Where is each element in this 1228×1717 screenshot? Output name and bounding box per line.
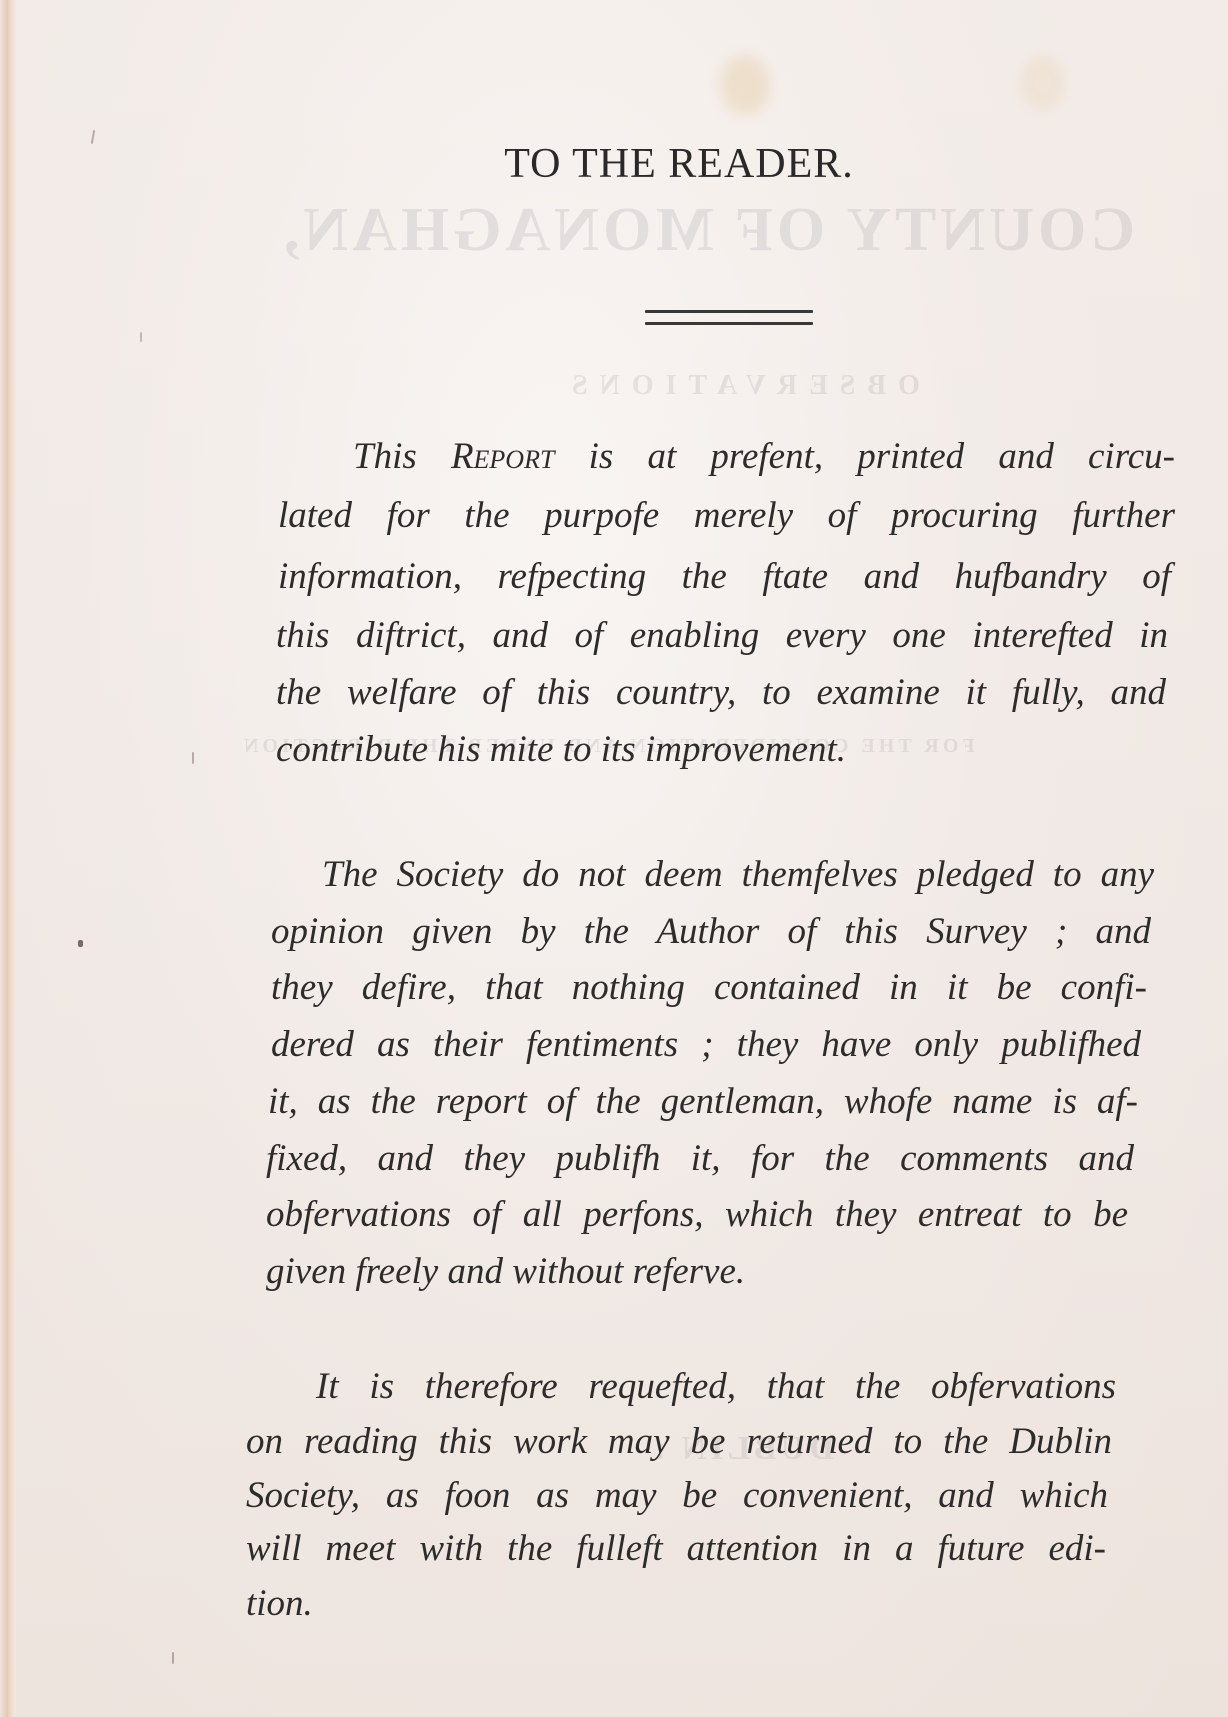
text-line: This Report is at prefent, printed and c… bbox=[353, 435, 1175, 479]
text-line: information, refpecting the ftate and hu… bbox=[278, 555, 1171, 599]
text-fragment: This bbox=[353, 436, 451, 477]
bleed-through-text: COUNTY OF MONAGHAN, bbox=[280, 195, 1135, 266]
text-line: will meet with the fulleft attention in … bbox=[246, 1527, 1106, 1571]
text-line: given freely and without referve. bbox=[266, 1250, 745, 1294]
text-line: contribute his mite to its improvement. bbox=[276, 728, 846, 772]
text-line: on reading this work may be returned to … bbox=[246, 1420, 1112, 1464]
page-edge bbox=[0, 0, 16, 1717]
text-fragment: is at prefent, printed and circu- bbox=[554, 436, 1175, 477]
title-rule-bottom bbox=[645, 322, 813, 325]
bleed-through-text: OBSERVATIONS bbox=[560, 370, 920, 402]
title-rule-top bbox=[645, 310, 813, 313]
text-line: it, as the report of the gentleman, whof… bbox=[268, 1080, 1138, 1124]
text-line: dered as their fentiments ; they have on… bbox=[271, 1023, 1141, 1067]
text-line: Society, as foon as may be convenient, a… bbox=[246, 1474, 1108, 1518]
page-title: TO THE READER. bbox=[0, 140, 1228, 188]
text-line: opinion given by the Author of this Surv… bbox=[271, 910, 1151, 954]
paper-speck bbox=[78, 940, 83, 947]
paper-speck bbox=[140, 332, 142, 342]
text-line: the welfare of this country, to examine … bbox=[276, 671, 1166, 715]
paper-stain bbox=[720, 55, 770, 115]
text-line: The Society do not deem themfelves pledg… bbox=[322, 853, 1154, 897]
text-line: tion. bbox=[246, 1582, 313, 1626]
text-line: fixed, and they publifh it, for the comm… bbox=[266, 1137, 1134, 1181]
report-smallcaps: Report bbox=[451, 436, 554, 477]
paper-speck bbox=[192, 752, 194, 764]
text-line: this diftrict, and of enabling every one… bbox=[276, 614, 1168, 658]
text-line: they defire, that nothing contained in i… bbox=[271, 966, 1147, 1010]
text-line: lated for the purpofe merely of procurin… bbox=[278, 494, 1175, 538]
paper-speck bbox=[172, 1652, 174, 1664]
text-line: obfervations of all perfons, which they … bbox=[266, 1193, 1128, 1237]
paper-stain bbox=[1020, 55, 1065, 110]
text-line: It is therefore requefted, that the obfe… bbox=[316, 1365, 1116, 1409]
